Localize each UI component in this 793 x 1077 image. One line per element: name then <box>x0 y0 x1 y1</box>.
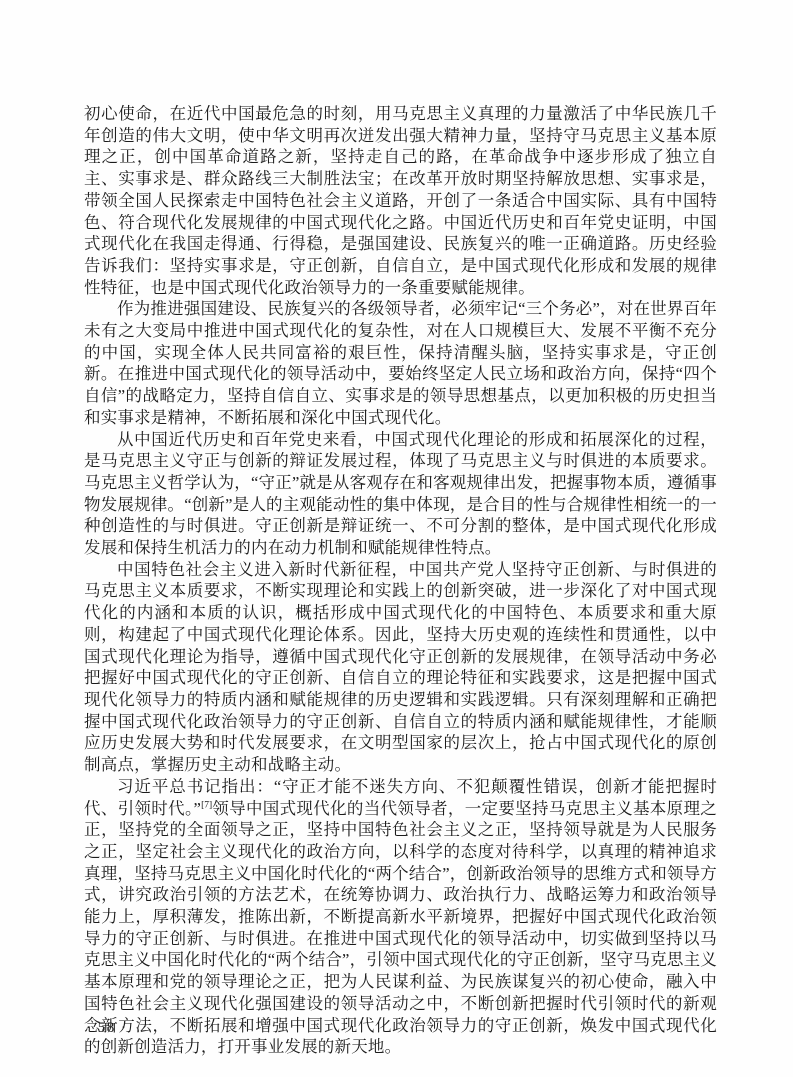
document-page: 初心使命，在近代中国最危急的时刻，用马克思主义真理的力量激活了中华民族几千年创造… <box>0 0 793 1077</box>
citation-ref-7: [7] <box>201 800 212 810</box>
paragraph-quote-leadership: 习近平总书记指出：“守正才能不迷失方向、不犯颠覆性错误，创新才能把握时代、引领时… <box>84 776 717 1058</box>
body-text: 初心使命，在近代中国最危急的时刻，用马克思主义真理的力量激活了中华民族几千年创造… <box>84 103 717 1058</box>
paragraph-three-musts: 作为推进强国建设、民族复兴的各级领导者，必须牢记“三个务必”，对在世界百年未有之… <box>84 298 717 428</box>
page-number: · 58 · <box>86 1020 128 1037</box>
paragraph-continuation-text: 领导中国式现代化的当代领导者，一定要坚持马克思主义基本原理之正，坚持党的全面领导… <box>84 799 717 1057</box>
paragraph-continuation: 初心使命，在近代中国最危急的时刻，用马克思主义真理的力量激活了中华民族几千年创造… <box>84 103 717 298</box>
paragraph-marxist-dialectics: 从中国近代历史和百年党史来看，中国式现代化理论的形成和拓展深化的过程，是马克思主… <box>84 429 717 559</box>
paragraph-new-era-theory: 中国特色社会主义进入新时代新征程，中国共产党人坚持守正创新、与时俱进的马克思主义… <box>84 559 717 776</box>
